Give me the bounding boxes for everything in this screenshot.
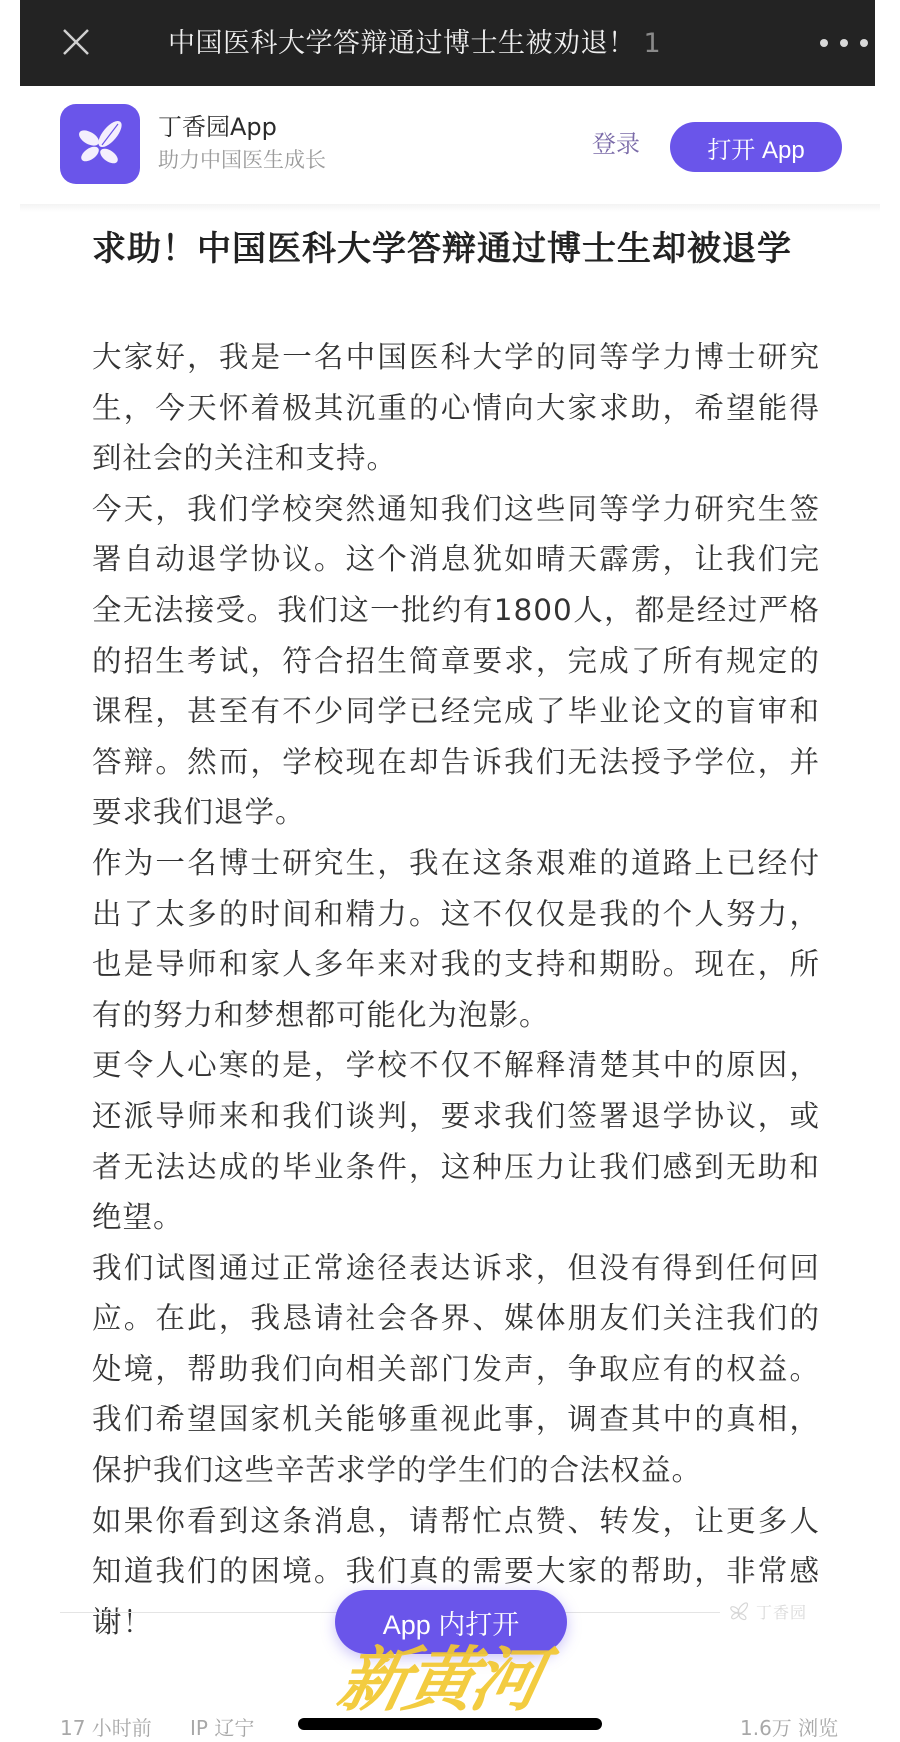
app-logo bbox=[60, 104, 140, 184]
banner-divider bbox=[20, 204, 880, 212]
open-app-button[interactable]: 打开 App bbox=[670, 122, 842, 172]
article-paragraph: 我们试图通过正常途径表达诉求，但没有得到任何回应。在此，我恳请社会各界、媒体朋友… bbox=[92, 1243, 820, 1496]
app-banner: 丁香园App 助力中国医生成长 登录 打开 App bbox=[0, 86, 900, 204]
page-title-text: 中国医科大学答辩通过博士生被劝退！ bbox=[168, 28, 636, 59]
close-button[interactable] bbox=[58, 24, 94, 60]
close-icon bbox=[61, 27, 91, 57]
page: 中国医科大学答辩通过博士生被劝退！1 丁香园App 助力中国医生成长 登录 打开… bbox=[0, 0, 900, 1742]
more-options-button[interactable] bbox=[820, 28, 868, 58]
butterfly-logo-icon bbox=[72, 116, 128, 172]
article-body: 大家好，我是一名中国医科大学的同等学力博士研究生，今天怀着极其沉重的心情向大家求… bbox=[92, 332, 820, 1647]
butterfly-watermark-icon bbox=[728, 1601, 750, 1623]
more-horizontal-icon bbox=[860, 39, 868, 47]
article-paragraph: 作为一名博士研究生，我在这条艰难的道路上已经付出了太多的时间和精力。这不仅仅是我… bbox=[92, 838, 820, 1040]
more-horizontal-icon bbox=[840, 39, 848, 47]
post-ip-location: IP 辽宁 bbox=[190, 1712, 254, 1741]
app-name: 丁香园App bbox=[158, 112, 277, 142]
source-watermark-text: 丁香园 bbox=[756, 1600, 807, 1623]
article-paragraph: 更令人心寒的是，学校不仅不解释清楚其中的原因，还派导师来和我们谈判，要求我们签署… bbox=[92, 1040, 820, 1242]
source-watermark: 丁香园 bbox=[728, 1600, 807, 1623]
open-in-app-button[interactable]: App 内打开 bbox=[335, 1590, 567, 1654]
app-slogan: 助力中国医生成长 bbox=[158, 146, 326, 174]
post-time: 17 小时前 bbox=[60, 1712, 152, 1741]
top-nav-bar: 中国医科大学答辩通过博士生被劝退！1 bbox=[20, 0, 875, 86]
page-title-count: 1 bbox=[644, 28, 662, 59]
article-title: 求助！中国医科大学答辩通过博士生却被退学 bbox=[92, 222, 822, 277]
home-indicator[interactable] bbox=[298, 1718, 602, 1730]
login-link[interactable]: 登录 bbox=[592, 128, 640, 160]
more-horizontal-icon bbox=[820, 39, 828, 47]
view-count: 1.6万 浏览 bbox=[740, 1712, 838, 1741]
page-title: 中国医科大学答辩通过博士生被劝退！1 bbox=[168, 24, 768, 64]
article-paragraph: 今天，我们学校突然通知我们这些同等学力研究生签署自动退学协议。这个消息犹如晴天霹… bbox=[92, 484, 820, 838]
article-paragraph: 大家好，我是一名中国医科大学的同等学力博士研究生，今天怀着极其沉重的心情向大家求… bbox=[92, 332, 820, 484]
